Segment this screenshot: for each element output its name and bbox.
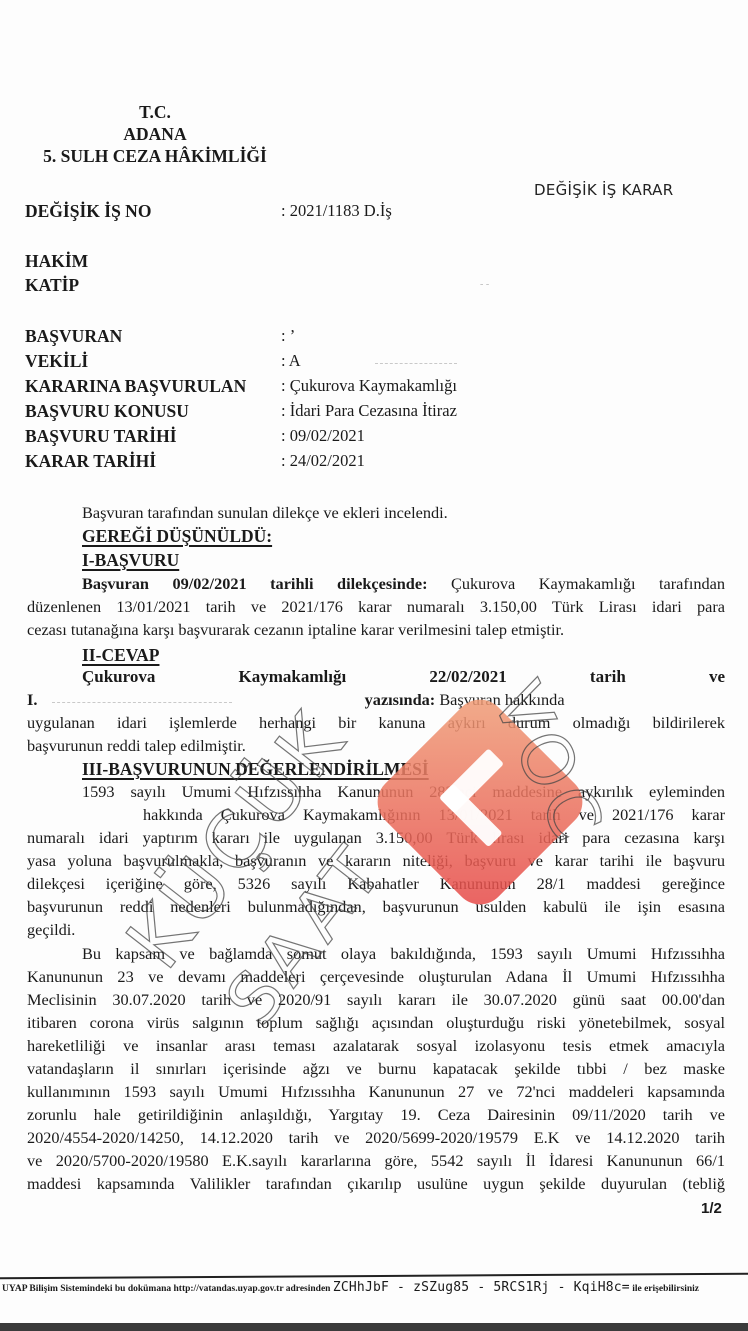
attorney-label: VEKİLİ xyxy=(25,350,88,372)
section-1-title: I-BAŞVURU xyxy=(82,549,179,571)
p2-line-2: Kanununun 23 ve devamı maddeleri çerçeve… xyxy=(27,966,725,988)
s3-line-7: geçildi. xyxy=(27,919,725,941)
s3-line-5: dilekçesi içeriğine göre, 5326 sayılı Ka… xyxy=(27,873,725,895)
court-header: T.C. ADANA 5. SULH CEZA HÂKİMLİĞİ xyxy=(30,101,280,167)
respondent-label: KARARINA BAŞVURULAN xyxy=(25,375,246,397)
applicant-label: BAŞVURAN xyxy=(25,325,122,347)
uyap-footer: UYAP Bilişim Sistemindeki bu dokümana ht… xyxy=(2,1280,748,1295)
s1-line-1: Başvuran 09/02/2021 tarihli dilekçesinde… xyxy=(82,573,725,595)
p2-line-8: zorunlu hale getirildiğinin anlaşıldığı,… xyxy=(27,1104,725,1126)
p2-line-4: itibaren corona virüs salgının toplum sa… xyxy=(27,1012,725,1034)
respondent-value: : Çukurova Kaymakamlığı xyxy=(281,375,457,397)
redacted-reference xyxy=(52,700,232,703)
p2-line-10: ve 2020/5700-2020/19580 E.K.sayılı karar… xyxy=(27,1150,725,1172)
judge-label: HAKİM xyxy=(25,250,88,272)
decision-date-label: KARAR TARİHİ xyxy=(25,450,156,472)
p2-line-7: kullanımının 1593 sayılı Umumi Hıfzıssıh… xyxy=(27,1081,725,1103)
header-court: 5. SULH CEZA HÂKİMLİĞİ xyxy=(30,145,280,167)
footer-prefix: UYAP Bilişim Sistemindeki bu dokümana ht… xyxy=(2,1284,330,1294)
application-date-label: BAŞVURU TARİHİ xyxy=(25,425,177,447)
document-page: T.C. ADANA 5. SULH CEZA HÂKİMLİĞİ DEĞİŞİ… xyxy=(0,0,748,1331)
applicant-value: : ’ xyxy=(281,325,295,347)
s2-redacted-prefix: I. xyxy=(27,690,37,709)
header-tc: T.C. xyxy=(30,101,280,123)
decision-date-value: : 24/02/2021 xyxy=(281,450,365,472)
p2-line-1: Bu kapsam ve bağlamda somut olaya bakıld… xyxy=(82,943,725,965)
footer-suffix: ile erişebilirsiniz xyxy=(632,1284,699,1294)
p2-line-6: vatandaşların il sınırları içerisinde ağ… xyxy=(27,1058,725,1080)
page-number: 1/2 xyxy=(701,1200,722,1217)
p2-line-11: maddesi kapsamında Valilikler tarafından… xyxy=(27,1173,725,1195)
attorney-value: : A xyxy=(281,350,301,372)
file-no-value: : 2021/1183 D.İş xyxy=(281,200,392,222)
s2-line-3: uygulanan idari işlemlerde herhangi bir … xyxy=(27,712,725,734)
p2-line-9: 2020/4554-2020/14250, 14.12.2020 tarih v… xyxy=(27,1127,725,1149)
redacted-attorney xyxy=(375,350,457,372)
s2-line-2-rest: Başvuran hakkında xyxy=(439,690,564,709)
header-city: ADANA xyxy=(30,123,280,145)
bottom-bar xyxy=(0,1323,748,1331)
intro-text: Başvuran tarafından sunulan dilekçe ve e… xyxy=(82,502,748,524)
p2-line-5: hareketliliği ve insanlar arası teması a… xyxy=(27,1035,725,1057)
s3-line-3: numaralı idari yaptırım kararı ile uygul… xyxy=(27,827,725,849)
subject-label: BAŞVURU KONUSU xyxy=(25,400,189,422)
s1-lead: Başvuran 09/02/2021 tarihli dilekçesinde… xyxy=(82,574,428,593)
s2-line-2: I. yazısında: Başvuran hakkında xyxy=(27,689,725,711)
s3-line-4: yasa yoluna başvurulmakla, başvuranın ve… xyxy=(27,850,725,872)
file-no-label: DEĞİŞİK İŞ NO xyxy=(25,200,151,222)
s3-line-2: hakkında Çukurova Kaymakamlığının 13/01/… xyxy=(143,804,725,826)
s1-line-2: düzenlenen 13/01/2021 tarih ve 2021/176 … xyxy=(27,596,725,618)
considered-heading: GEREĞİ DÜŞÜNÜLDÜ: xyxy=(82,525,272,547)
application-date-value: : 09/02/2021 xyxy=(281,425,365,447)
section-3-title: III-BAŞVURUNUN DEĞERLENDİRİLMESİ xyxy=(82,758,429,780)
redacted-clerk: - - xyxy=(480,274,489,296)
s2-line-4: başvurunun reddi talep edilmiştir. xyxy=(27,735,725,757)
s3-line-1: 1593 sayılı Umumi Hıfzıssıhha Kanununun … xyxy=(82,781,725,803)
s2-line-1: Çukurova Kaymakamlığı 22/02/2021 tarih v… xyxy=(82,666,725,688)
clerk-label: KATİP xyxy=(25,274,79,296)
document-type: DEĞİŞİK İŞ KARAR xyxy=(534,181,673,199)
s1-line-3: cezası tutanağına karşı başvurarak cezan… xyxy=(27,619,725,641)
section-2-title: II-CEVAP xyxy=(82,644,159,666)
footer-access-code: ZCHhJbF - zSZug85 - 5RCS1Rj - KqiH8c= xyxy=(333,1280,630,1295)
footer-divider xyxy=(0,1273,748,1280)
p2-line-3: Meclisinin 30.07.2020 tarih ve 2020/91 s… xyxy=(27,989,725,1011)
subject-value: : İdari Para Cezasına İtiraz xyxy=(281,400,457,422)
s2-lead: yazısında: xyxy=(365,690,436,709)
s1-line-1-rest: Çukurova Kaymakamlığı tarafından xyxy=(451,574,725,593)
s3-line-6: başvurunun reddi nedenleri bulunmadığınd… xyxy=(27,896,725,918)
